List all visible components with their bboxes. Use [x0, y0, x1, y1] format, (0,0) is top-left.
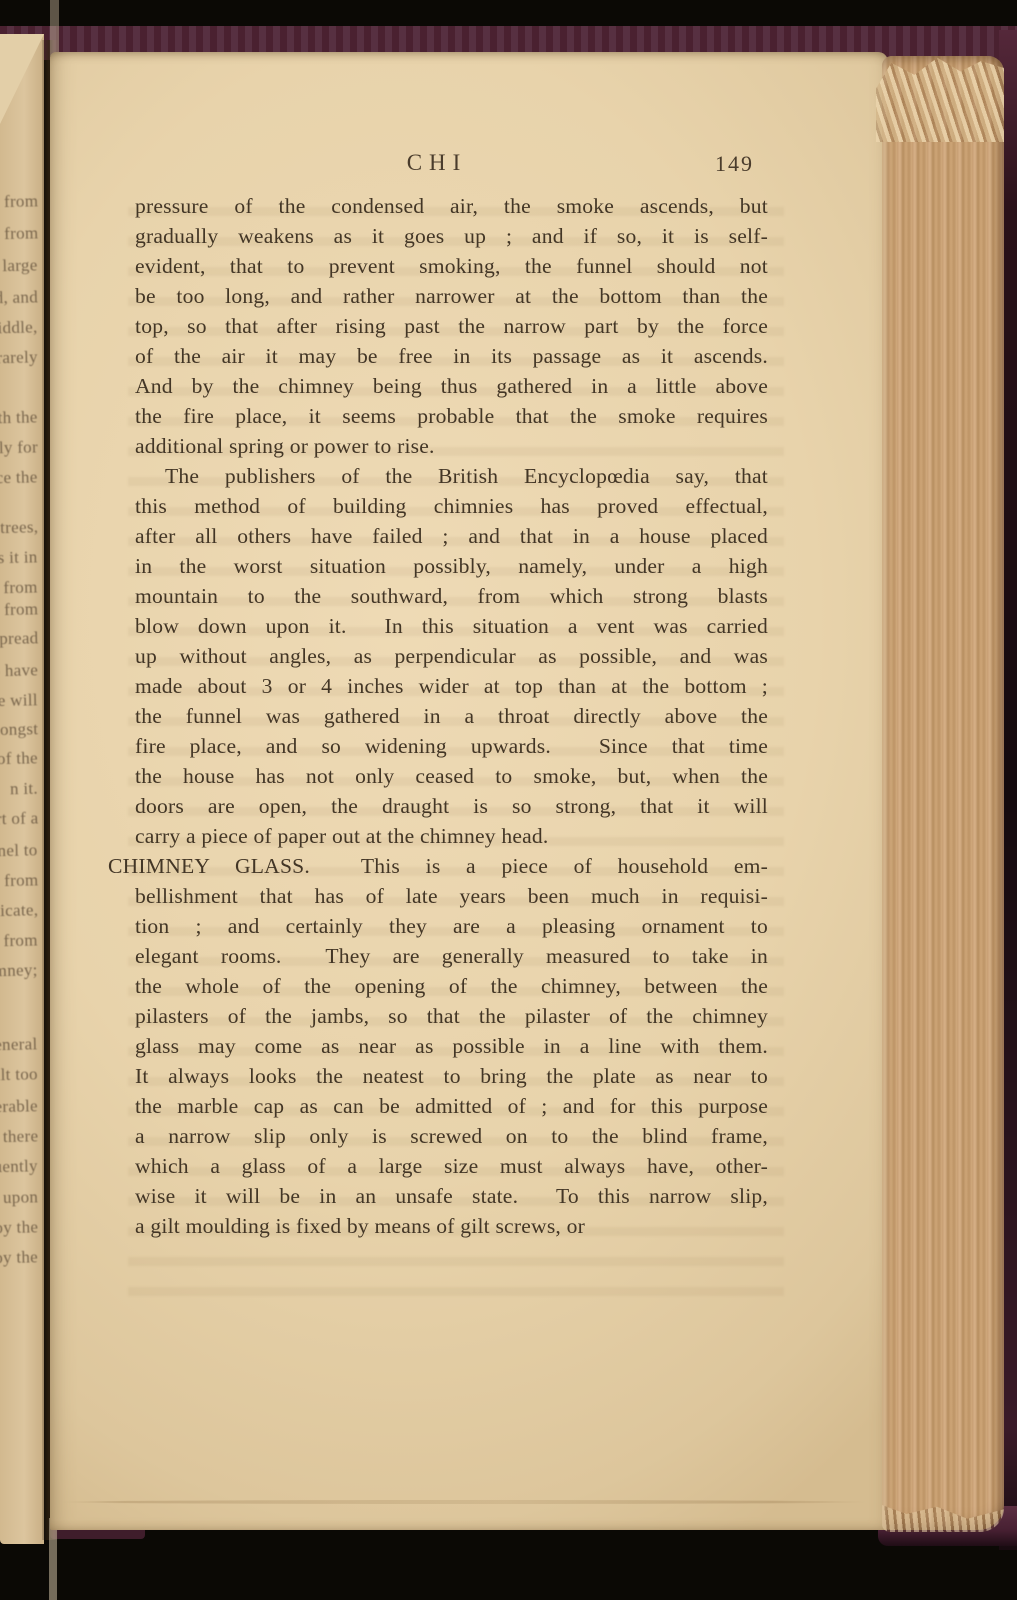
body-line: gradually weakens as it goes up ; and if…: [135, 221, 768, 251]
body-line: in the worst situation possibly, namely,…: [135, 551, 768, 581]
body-line: the funnel was gathered in a throat dire…: [135, 701, 768, 731]
facing-page-text-fragment: sequently: [0, 1156, 38, 1176]
body-line: carry a piece of paper out at the chimne…: [135, 821, 768, 851]
facing-page-text-fragment: me of the: [0, 748, 38, 768]
facing-page-text-fragment: s to have: [0, 660, 38, 680]
body-line: And by the chimney being thus gathered i…: [135, 371, 768, 401]
facing-page-text-fragment: ir, by the: [0, 1217, 38, 1237]
page-edge-bottom: [49, 1518, 57, 1600]
body-line: this method of building chimnies has pro…: [135, 491, 768, 521]
body-line: wise it will be in an unsafe state. To t…: [135, 1181, 768, 1211]
body-line: the marble cap as can be admitted of ; a…: [135, 1091, 768, 1121]
page-number: 149: [715, 151, 775, 177]
facing-page-text-fragment: ous from: [0, 599, 38, 619]
facing-page-text-fragment: nsiderable: [0, 1096, 38, 1117]
body-line: the whole of the opening of the chimney,…: [135, 971, 768, 1001]
book-scan: ope fromght fromto largeved, andmiddle,u…: [0, 0, 1017, 1600]
facing-page-text-fragment: ence the: [0, 467, 38, 487]
facing-page-text-fragment: municate,: [0, 900, 38, 920]
body-line: pilasters of the jambs, so that the pila…: [135, 1001, 768, 1031]
body-line: CHIMNEY GLASS. This is a piece of househ…: [108, 851, 768, 881]
body-line: pressure of the condensed air, the smoke…: [135, 191, 768, 221]
body-line: up without angles, as perpendicular as p…: [135, 641, 768, 671]
body-line: doors are open, the draught is so strong…: [135, 791, 768, 821]
facing-page-text-fragment: ved, and: [0, 287, 38, 307]
facing-page-text-fragment: ds, there: [0, 1126, 38, 1146]
facing-page-text-fragment: es spread: [0, 628, 38, 648]
facing-page-text-fragment: ght from: [0, 223, 38, 243]
body-line: The publishers of the British Encyclopœd…: [135, 461, 768, 491]
body-line: which a glass of a large size must alway…: [135, 1151, 768, 1181]
body-text: pressure of the condensed air, the smoke…: [135, 191, 768, 1241]
facing-page-text-fragment: cattle will: [0, 690, 38, 710]
facing-page-text-fragment: chimney;: [0, 960, 38, 980]
facing-page-text-fragment: funnel to: [0, 840, 38, 860]
facing-page-text-fragment: pels it in: [0, 547, 38, 567]
facing-page-text-fragment: n it.: [10, 779, 38, 799]
body-line: after all others have failed ; and that …: [135, 521, 768, 551]
facing-page-text-fragment: her trees,: [0, 517, 38, 537]
facing-page-text-fragment: re from: [0, 577, 38, 597]
body-line: It always looks the neatest to bring the…: [135, 1061, 768, 1091]
body-line: evident, that to prevent smoking, the fu…: [135, 251, 768, 281]
facing-page-text-fragment: e general: [0, 1034, 38, 1054]
body-line: the fire place, it seems probable that t…: [135, 401, 768, 431]
facing-page-text-fragment: with the: [0, 407, 38, 427]
facing-page-text-fragment: ts from: [0, 930, 38, 950]
facing-page-text-fragment: ut rarely: [0, 347, 38, 367]
page-crease: [60, 1500, 870, 1504]
facing-page-text-fragment: built too: [0, 1064, 38, 1084]
body-line: additional spring or power to rise.: [135, 431, 768, 461]
body-line: the house has not only ceased to smoke, …: [135, 761, 768, 791]
facing-page-text-fragment: urt of a: [0, 808, 38, 828]
body-line: of the air it may be free in its passage…: [135, 341, 768, 371]
facing-page-text-fragment: middle,: [0, 317, 38, 337]
page-edge-top: [50, 0, 59, 56]
body-line: made about 3 or 4 inches wider at top th…: [135, 671, 768, 701]
body-line: fire place, and so widening upwards. Sin…: [135, 731, 768, 761]
body-line: bellishment that has of late years been …: [135, 881, 768, 911]
body-line: mountain to the southward, from which st…: [135, 581, 768, 611]
facing-page-edge: ope fromght fromto largeved, andmiddle,u…: [0, 34, 44, 1544]
book-page: CHI 149 pressure of the condensed air, t…: [50, 52, 888, 1530]
body-line: blow down upon it. In this situation a v…: [135, 611, 768, 641]
facing-page-text-fragment: ey by the: [0, 1247, 38, 1267]
body-line: elegant rooms. They are generally measur…: [135, 941, 768, 971]
fore-edge-pages: [882, 56, 1004, 1530]
body-line: a gilt moulding is fixed by means of gil…: [135, 1211, 768, 1241]
body-line: tion ; and certainly they are a pleasing…: [135, 911, 768, 941]
facing-page-text-fragment: ces from: [0, 870, 38, 890]
facing-page-text-fragment: larly for: [0, 437, 38, 457]
body-line: a narrow slip only is screwed on to the …: [135, 1121, 768, 1151]
body-line: top, so that after rising past the narro…: [135, 311, 768, 341]
body-line: be too long, and rather narrower at the …: [135, 281, 768, 311]
facing-page-text-fragment: ope from: [0, 191, 38, 211]
facing-page-text-fragment: to large: [0, 255, 38, 275]
body-line: glass may come as near as possible in a …: [135, 1031, 768, 1061]
running-head: CHI: [357, 150, 517, 176]
facing-page-text-fragment: l amongst: [0, 719, 38, 739]
facing-page-text-fragment: ded upon: [0, 1187, 38, 1207]
